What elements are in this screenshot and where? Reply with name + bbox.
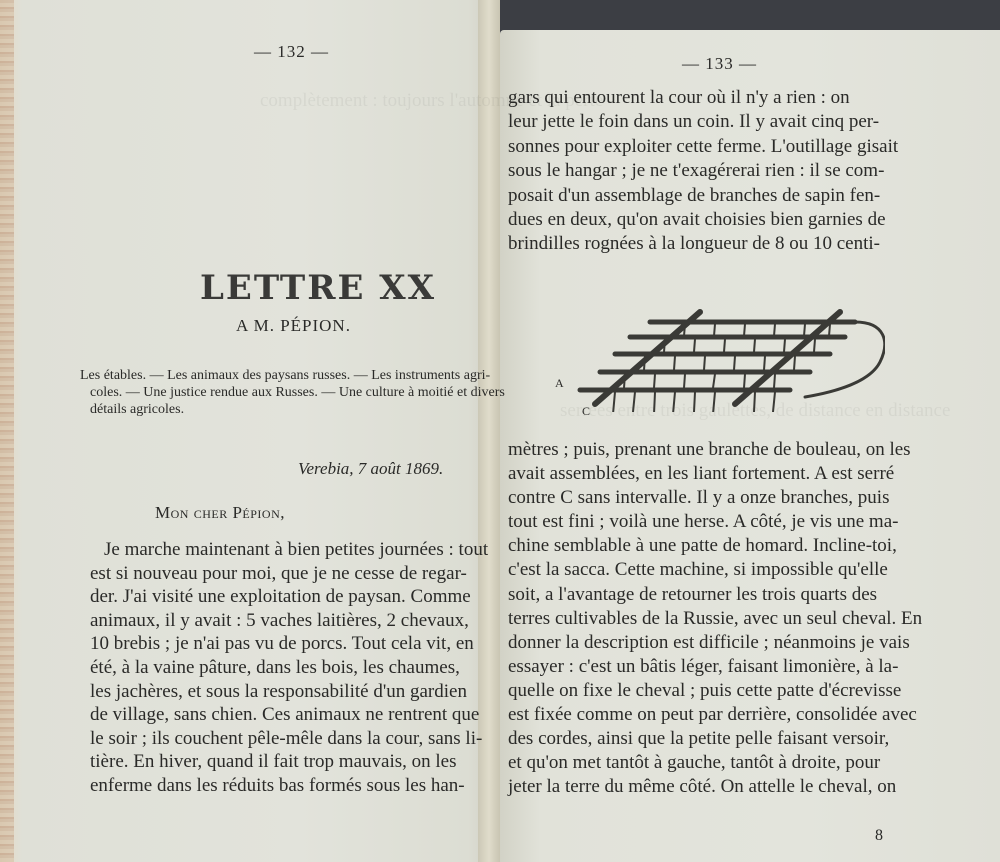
text-line: brindilles rognées à la longueur de 8 ou…	[508, 232, 948, 256]
text-line: le soir ; ils couchent pêle-mêle dans la…	[90, 727, 490, 751]
text-line: les jachères, et sous la responsabilité …	[90, 680, 490, 704]
page-folio-left: — 132 —	[254, 42, 329, 62]
text-line: est fixée comme on peut par derrière, co…	[508, 703, 948, 727]
letter-addressee: A M. PÉPION.	[236, 316, 351, 336]
text-line: tière. En hiver, quand il fait trop mauv…	[90, 750, 490, 774]
letter-dateline: Verebia, 7 août 1869.	[298, 459, 443, 479]
right-body-text-top: gars qui entourent la cour où il n'y a r…	[508, 86, 948, 257]
text-line: gars qui entourent la cour où il n'y a r…	[508, 86, 948, 110]
page-edges	[0, 0, 14, 862]
background	[490, 0, 1000, 32]
text-line: sous le hangar ; je ne t'exagérerai rien…	[508, 159, 948, 183]
figure-label-c: C	[582, 404, 590, 419]
summary-line: coles. — Une justice rendue aux Russes. …	[80, 384, 500, 401]
text-line: contre C sans intervalle. Il y a onze br…	[508, 486, 948, 510]
text-line: avait assemblées, en les liant fortement…	[508, 462, 948, 486]
text-line: des cordes, ainsi que la petite pelle fa…	[508, 727, 948, 751]
text-line: terres cultivables de la Russie, avec un…	[508, 607, 948, 631]
left-body-text: Je marche maintenant à bien petites jour…	[90, 538, 490, 798]
chapter-summary: Les étables. — Les animaux des paysans r…	[80, 367, 500, 418]
text-line: été, à la vaine pâture, dans les bois, l…	[90, 656, 490, 680]
text-line: sonnes pour exploiter cette ferme. L'out…	[508, 135, 948, 159]
figure-label-a: A	[555, 376, 564, 391]
text-line: enferme dans les réduits bas formés sous…	[90, 774, 490, 798]
text-line: et qu'on met tantôt à gauche, tantôt à d…	[508, 751, 948, 775]
signature-mark: 8	[875, 827, 883, 845]
text-line: jeter la terre du même côté. On attelle …	[508, 775, 948, 799]
text-line: mètres ; puis, prenant une branche de bo…	[508, 438, 948, 462]
text-line: c'est la sacca. Cette machine, si imposs…	[508, 558, 948, 582]
text-line: posait d'un assemblage de branches de sa…	[508, 184, 948, 208]
harrow-engraving-icon	[555, 292, 885, 412]
text-line: tout est fini ; voilà une herse. A côté,…	[508, 510, 948, 534]
text-line: dues en deux, qu'on avait choisies bien …	[508, 208, 948, 232]
text-line: de village, sans chien. Ces animaux ne r…	[90, 703, 490, 727]
right-body-text-bottom: mètres ; puis, prenant une branche de bo…	[508, 438, 948, 799]
text-line: essayer : c'est un bâtis léger, faisant …	[508, 655, 948, 679]
summary-line: détails agricoles.	[80, 401, 500, 418]
text-line: est si nouveau pour moi, que je ne cesse…	[90, 562, 490, 586]
harrow-illustration: A C	[555, 292, 885, 412]
text-line: donner la description est difficile ; né…	[508, 631, 948, 655]
text-line: Je marche maintenant à bien petites jour…	[90, 538, 490, 562]
text-line: der. J'ai visité une exploitation de pay…	[90, 585, 490, 609]
text-line: soit, a l'avantage de retourner les troi…	[508, 583, 948, 607]
letter-title: LETTRE XX	[200, 268, 436, 308]
text-line: quelle on fixe le cheval ; puis cette pa…	[508, 679, 948, 703]
text-line: animaux, il y avait : 5 vaches laitières…	[90, 609, 490, 633]
letter-salutation: Mon cher Pépion,	[155, 503, 285, 523]
text-line: chine semblable à une patte de homard. I…	[508, 534, 948, 558]
text-line: leur jette le foin dans un coin. Il y av…	[508, 110, 948, 134]
text-line: 10 brebis ; je n'ai pas vu de porcs. Tou…	[90, 632, 490, 656]
page-folio-right: — 133 —	[682, 54, 757, 74]
summary-line: Les étables. — Les animaux des paysans r…	[80, 367, 500, 384]
